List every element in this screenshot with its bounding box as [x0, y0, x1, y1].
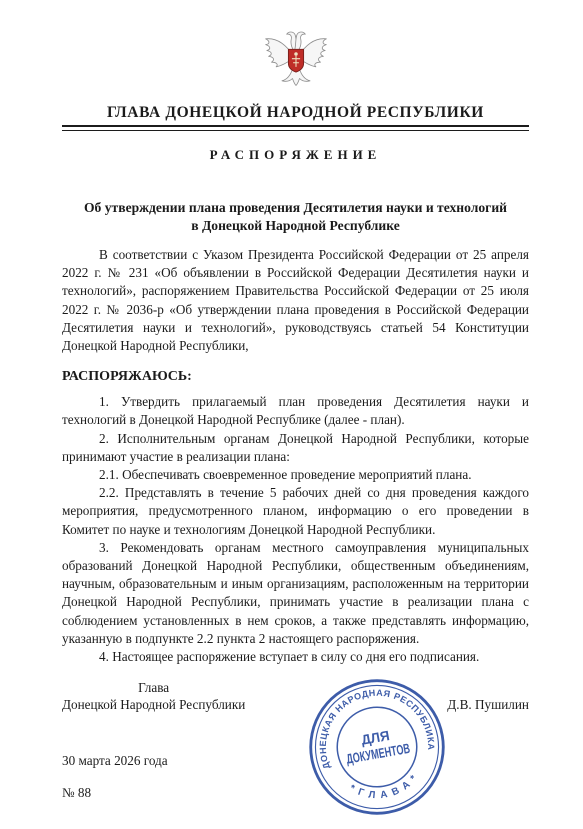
- authority-title: ГЛАВА ДОНЕЦКОЙ НАРОДНОЙ РЕСПУБЛИКИ: [62, 104, 529, 122]
- item-1: 1. Утвердить прилагаемый план проведения…: [62, 393, 529, 429]
- item-3: 3. Рекомендовать органам местного самоуп…: [62, 539, 529, 648]
- document-subject: Об утверждении плана проведения Десятиле…: [62, 199, 529, 234]
- signer-position-line2: Донецкой Народной Республики: [62, 696, 245, 713]
- document-date: 30 марта 2026 года: [62, 753, 529, 769]
- header-divider: [62, 125, 529, 131]
- document-number: № 88: [62, 785, 529, 801]
- signer-position: Глава Донецкой Народной Республики: [62, 679, 245, 713]
- item-2: 2. Исполнительным органам Донецкой Народ…: [62, 430, 529, 466]
- item-2-1: 2.1. Обеспечивать своевременное проведен…: [62, 466, 529, 484]
- item-2-2: 2.2. Представлять в течение 5 рабочих дн…: [62, 484, 529, 539]
- shield-icon: [288, 49, 303, 72]
- document-page: ГЛАВА ДОНЕЦКОЙ НАРОДНОЙ РЕСПУБЛИКИ РАСПО…: [0, 0, 583, 829]
- stamp-center-line1: ДЛЯ: [360, 728, 391, 748]
- signer-name: Д.В. Пушилин: [447, 696, 529, 713]
- signer-position-line1: Глава: [62, 679, 245, 696]
- ordered-items: 1. Утвердить прилагаемый план проведения…: [62, 393, 529, 666]
- item-4: 4. Настоящее распоряжение вступает в сил…: [62, 648, 529, 666]
- signature-block: Глава Донецкой Народной Республики Д.В. …: [62, 679, 529, 713]
- dnr-coat-of-arms-icon: [261, 26, 331, 96]
- resolution-word: РАСПОРЯЖАЮСЬ:: [62, 369, 529, 385]
- subject-line-2: в Донецкой Народной Республике: [62, 217, 529, 235]
- preamble-paragraph: В соответствии с Указом Президента Росси…: [62, 246, 529, 355]
- subject-line-1: Об утверждении плана проведения Десятиле…: [62, 199, 529, 217]
- document-type-title: РАСПОРЯЖЕНИЕ: [62, 147, 529, 163]
